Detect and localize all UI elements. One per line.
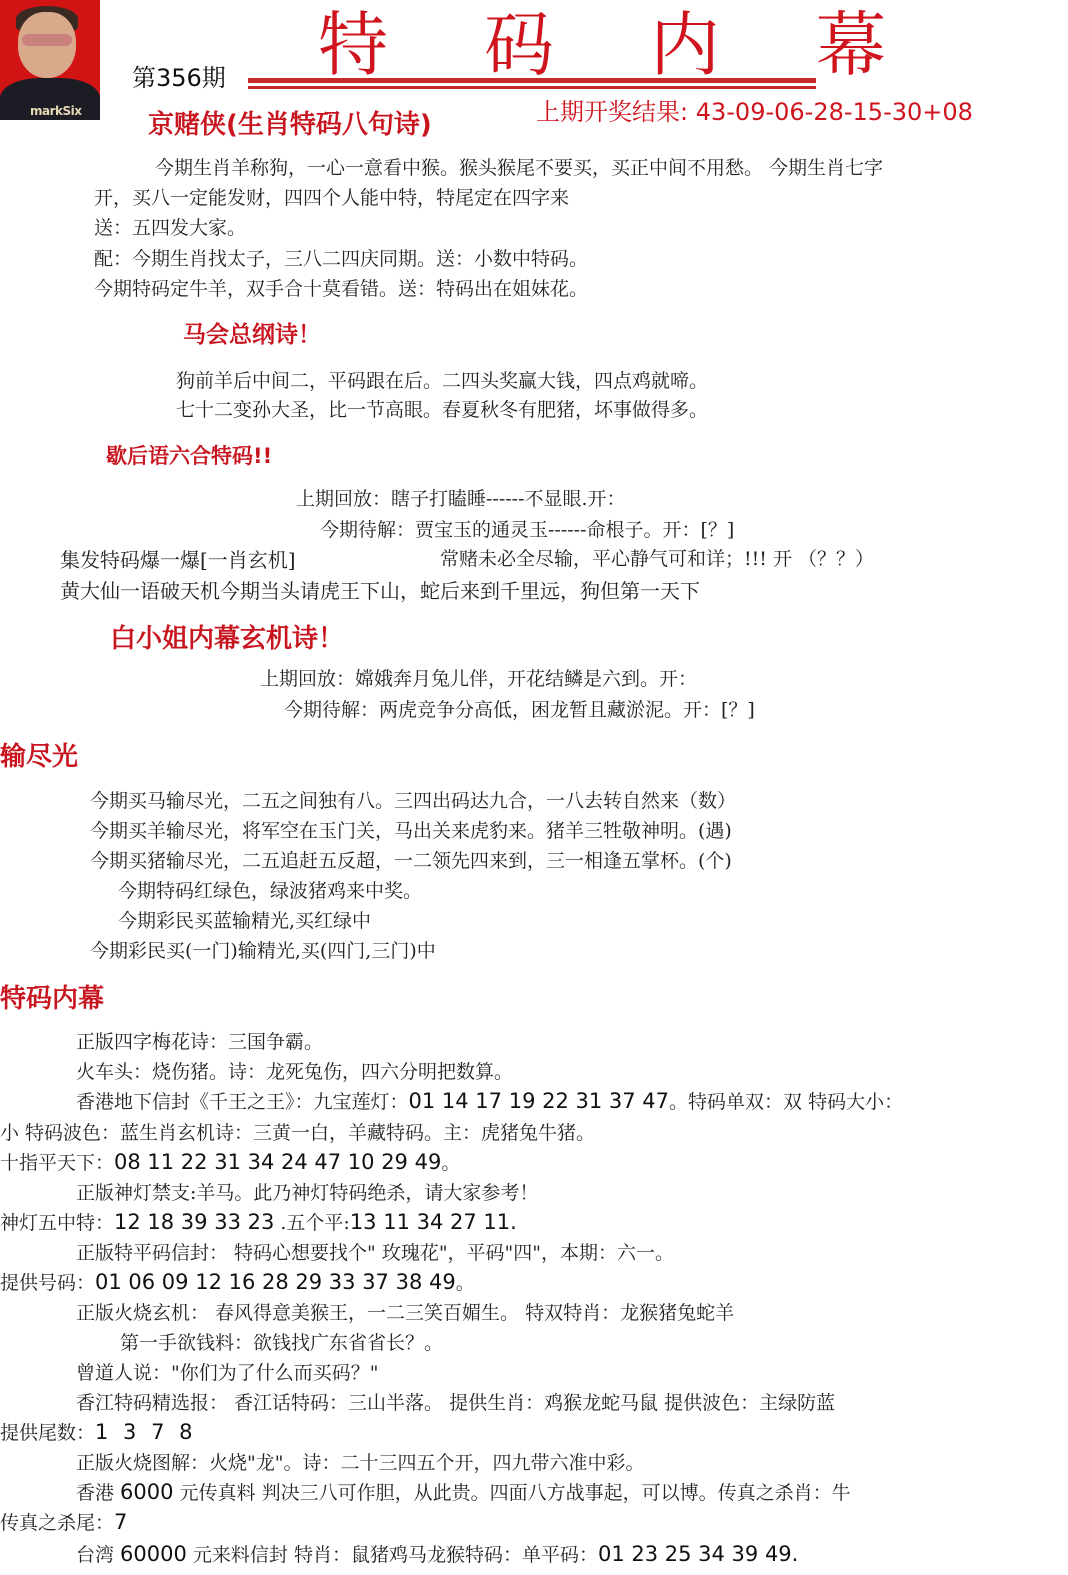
temaneimu-line-4: 小 特码波色：蓝生肖玄机诗：三黄一白，羊藏特码。主：虎猪兔牛猪。 [0, 1118, 595, 1145]
issue-number: 第356期 [132, 58, 226, 93]
baixiaojie-line-1: 上期回放：嫦娥奔月兔儿伴，开花结鳞是六到。开： [260, 664, 697, 691]
mahui-line-1: 狗前羊后中间二，平码跟在后。二四头奖赢大钱，四点鸡就啼。 [176, 366, 708, 393]
temaneimu-line-12: 曾道人说："你们为了什么而买码？" [76, 1358, 378, 1385]
temaneimu-line-5: 十指平天下：08 11 22 31 34 24 47 10 29 49。 [0, 1148, 460, 1175]
section-heading-baixiaojie: 白小姐内幕玄机诗！ [110, 618, 344, 655]
temaneimu-line-11: 第一手欲钱料：欲钱找广东省省长？。 [120, 1328, 443, 1355]
tigong-weishu-numbers: 1 3 7 8 [95, 1420, 196, 1444]
section-heading-temaneimu: 特码内幕 [0, 978, 104, 1015]
jifa-text: 常赌未必全尽输，平心静气可和详；!!! 开 （？？） [440, 544, 874, 571]
last-result: 上期开奖结果: 43-09-06-28-15-30+08 [536, 92, 973, 127]
jing-line-5: 今期特码定牛羊，双手合十莫看错。送：特码出在姐妹花。 [94, 274, 588, 301]
avatar: markSix [0, 0, 100, 120]
temaneimu-line-2: 火车头：烧伤猪。诗：龙死兔伤，四六分明把数算。 [76, 1057, 513, 1084]
period: 。 [441, 1152, 460, 1174]
title-underline-thin [248, 86, 816, 89]
xiehouyu-line-2: 今期待解：贾宝玉的通灵玉------命根子。开：[？] [320, 515, 734, 542]
shendeng-label: 神灯五中特： [0, 1212, 114, 1234]
temaneimu-line-7: 神灯五中特：12 18 39 33 23 .五个平:13 11 34 27 11… [0, 1208, 517, 1235]
xianggang-amount: 6000 [120, 1480, 173, 1504]
marksix-logo: markSix [30, 104, 82, 118]
taiwan-text: 元来料信封 特肖：鼠猪鸡马龙猴特码：单平码： [187, 1544, 598, 1566]
period: 。 [456, 1272, 475, 1294]
mahui-line-2: 七十二变孙大圣，比一节高眼。春夏秋冬有肥猪，坏事做得多。 [176, 395, 708, 422]
jing-line-3: 送：五四发大家。 [94, 213, 246, 240]
temaneimu-line-17: 传真之杀尾：7 [0, 1508, 127, 1535]
shujinguang-line-2: 今期买羊输尽光，将军空在玉门关，马出关来虎豹来。猪羊三牲敬神明。(遇) [90, 816, 732, 843]
shendeng-numbers: 12 18 39 33 23 [114, 1210, 274, 1234]
tigong-weishu-label: 提供尾数： [0, 1422, 95, 1444]
section-heading-jing: 京赌侠(生肖特码八句诗) [148, 104, 432, 141]
avatar-glasses [22, 34, 72, 46]
temaneimu-line-18: 台湾 60000 元来料信封 特肖：鼠猪鸡马龙猴特码：单平码：01 23 25 … [76, 1540, 798, 1567]
xianggang-xinfeng-numbers: 01 14 17 19 22 31 37 47 [409, 1089, 670, 1113]
section-heading-xiehouyu: 歇后语六合特码!! [106, 440, 272, 470]
temaneimu-line-16: 香港 6000 元传真料 判决三八可作胆，从此贵。四面八方战事起，可以博。传真之… [76, 1478, 851, 1505]
xianggang-label: 香港 [76, 1482, 120, 1504]
wugeping-label: .五个平: [274, 1212, 349, 1234]
jifa-label: 集发特码爆一爆[一肖玄机] [60, 544, 296, 573]
danpingma-numbers: 01 23 25 34 39 49. [598, 1542, 798, 1566]
taiwan-label: 台湾 [76, 1544, 120, 1566]
taiwan-amount: 60000 [120, 1542, 187, 1566]
section-heading-shujinguang: 输尽光 [0, 736, 78, 773]
wugeping-numbers: 13 11 34 27 11. [350, 1210, 517, 1234]
chuanzhen-text: 元传真料 判决三八可作胆，从此贵。四面八方战事起，可以博。传真之杀肖：牛 [174, 1482, 851, 1504]
xianggang-xinfeng-label: 香港地下信封《千王之王》：九宝莲灯： [76, 1091, 409, 1113]
temaneimu-line-1: 正版四字梅花诗：三国争霸。 [76, 1027, 323, 1054]
xiehouyu-line-1: 上期回放：瞎子打瞌睡------不显眼.开： [296, 484, 626, 511]
title-underline [248, 78, 816, 83]
temaneimu-line-3: 香港地下信封《千王之王》：九宝莲灯：01 14 17 19 22 31 37 4… [76, 1087, 903, 1114]
last-result-numbers: 43-09-06-28-15-30+08 [696, 98, 973, 126]
shawei-number: 7 [114, 1510, 127, 1534]
temaneimu-line-13: 香江特码精选报： 香江话特码：三山半落。 提供生肖：鸡猴龙蛇马鼠 提供波色：主绿… [76, 1388, 835, 1415]
baixiaojie-line-2: 今期待解：两虎竞争分高低，困龙暂且藏淤泥。开：[？] [284, 695, 755, 722]
shizhi-numbers: 08 11 22 31 34 24 47 10 29 49 [114, 1150, 441, 1174]
temaneimu-line-15: 正版火烧图解：火烧"龙"。诗：二十三四五个开，四九带六准中彩。 [76, 1448, 644, 1475]
tema-danshuang: 。特码单双：双 特码大小： [669, 1091, 903, 1113]
page-title: 特码内幕 [318, 0, 982, 90]
shujinguang-line-4: 今期特码红绿色，绿波猪鸡来中奖。 [118, 876, 422, 903]
jing-line-4: 配：今期生肖找太子，三八二四庆同期。送：小数中特码。 [94, 244, 588, 271]
huang-daxian-line: 黄大仙一语破天机今期当头请虎王下山，蛇后来到千里远，狗但第一天下 [60, 575, 700, 604]
tigong-haoma-label: 提供号码： [0, 1272, 95, 1294]
temaneimu-line-6: 正版神灯禁支:羊马。此乃神灯特码绝杀，请大家参考！ [76, 1178, 538, 1205]
shujinguang-line-3: 今期买猪输尽光，二五追赶五反超，一二领先四来到，三一相逢五掌杯。(个) [90, 846, 732, 873]
jing-line-1: 今期生肖羊称狗，一心一意看中猴。猴头猴尾不要买，买正中间不用愁。 今期生肖七字 [155, 153, 883, 180]
tigong-haoma-numbers: 01 06 09 12 16 28 29 33 37 38 49 [95, 1270, 456, 1294]
last-result-label: 上期开奖结果: [536, 98, 688, 126]
temaneimu-line-9: 提供号码：01 06 09 12 16 28 29 33 37 38 49。 [0, 1268, 475, 1295]
temaneimu-line-10: 正版火烧玄机： 春风得意美猴王，一二三笑百媚生。 特双特肖：龙猴猪兔蛇羊 [76, 1298, 734, 1325]
shizhi-label: 十指平天下： [0, 1152, 114, 1174]
shawei-label: 传真之杀尾： [0, 1512, 114, 1534]
temaneimu-line-8: 正版特平码信封： 特码心想要找个" 玫瑰花"，平码"四"，本期：六一。 [76, 1238, 674, 1265]
jing-line-2: 开，买八一定能发财，四四个人能中特，特尾定在四字来 [94, 183, 569, 210]
shujinguang-line-1: 今期买马输尽光，二五之间独有八。三四出码达九合，一八去转自然来（数） [90, 786, 736, 813]
shujinguang-line-5: 今期彩民买蓝输精光,买红绿中 [118, 906, 371, 933]
temaneimu-line-14: 提供尾数：1 3 7 8 [0, 1418, 197, 1445]
shujinguang-line-6: 今期彩民买(一门)输精光,买(四门,三门)中 [90, 936, 436, 963]
section-heading-mahui: 马会总纲诗！ [183, 316, 321, 349]
